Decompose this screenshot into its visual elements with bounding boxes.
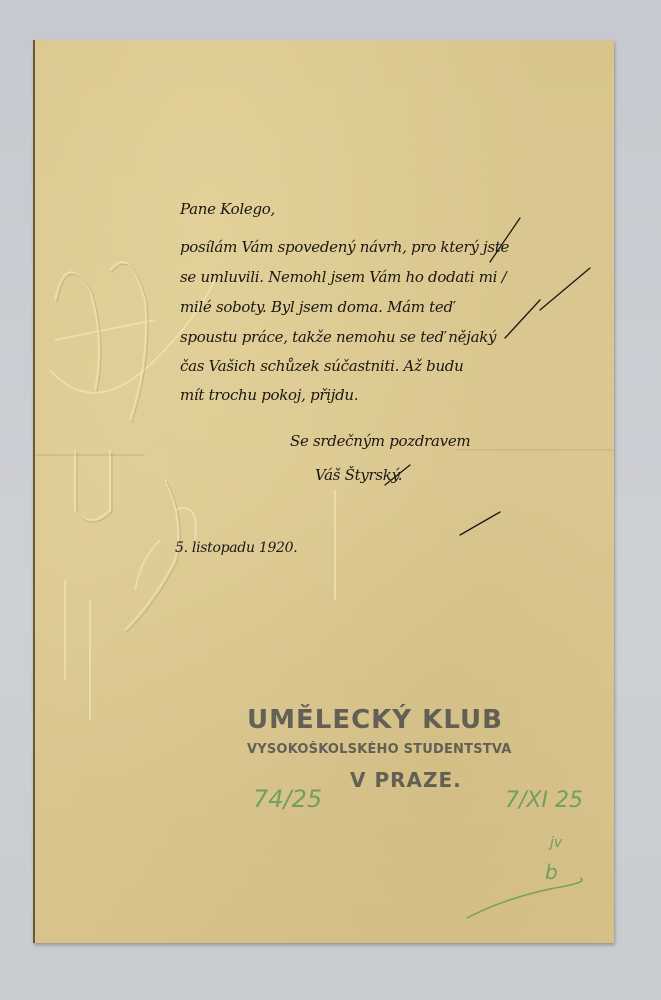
stamp-line-city: V PRAZE. [350,768,462,792]
initials-annotation: jv [550,835,562,851]
stamp-line-club-name: UMĚLECKÝ KLUB [247,705,503,735]
letter-signature: Váš Štyrský. [315,466,402,484]
letter-closing: Se srdečným pozdravem [290,432,470,450]
letter-body-line: spoustu práce, takže nemohu se teď nějak… [180,328,496,346]
letter-body-line: mít trochu pokoj, přijdu. [180,386,358,404]
letter-body-line: se umluvili. Nemohl jsem Vám ho dodati m… [180,268,506,286]
reference-number-annotation: 74/25 [253,785,322,813]
mark-annotation: b [545,860,558,884]
letter-paper: Pane Kolego, posílám Vám spovedený návrh… [33,40,614,943]
stamp-line-student-body: VYSOKOŠKOLSKÉHO STUDENTSTVA [247,742,511,757]
letter-body-line: posílám Vám spovedený návrh, pro který j… [180,238,509,256]
letter-body-line: milé soboty. Byl jsem doma. Mám teď [180,298,453,316]
letter-salutation: Pane Kolego, [180,200,275,218]
received-date-annotation: 7/XI 25 [505,788,583,813]
letter-body-line: čas Vašich schůzek súčastniti. Až budu [180,357,463,375]
letter-date: 5. listopadu 1920. [175,540,297,556]
